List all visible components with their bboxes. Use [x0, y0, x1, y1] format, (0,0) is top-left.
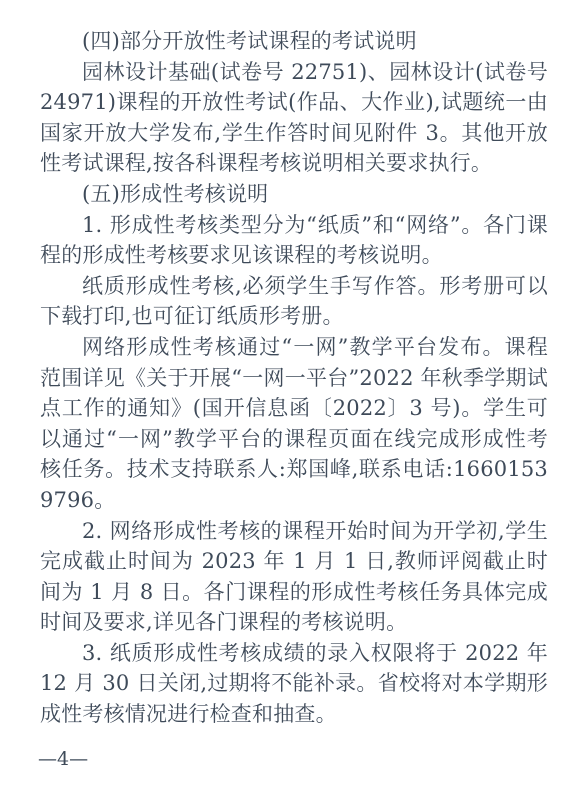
section-5-paragraph-5: 3. 纸质形成性考核成绩的录入权限将于 2022 年 12 月 30 日关闭,过… [40, 638, 548, 730]
section-5-heading: (五)形成性考核说明 [40, 179, 548, 210]
document-page: (四)部分开放性考试课程的考试说明 园林设计基础(试卷号 22751)、园林设计… [0, 0, 584, 796]
section-5-paragraph-3: 网络形成性考核通过“一网”教学平台发布。课程范围详见《关于开展“一网一平台”20… [40, 332, 548, 516]
section-4-heading: (四)部分开放性考试课程的考试说明 [40, 26, 548, 57]
section-5-paragraph-1: 1. 形成性考核类型分为“纸质”和“网络”。各门课程的形成性考核要求见该课程的考… [40, 210, 548, 271]
section-5-paragraph-2: 纸质形成性考核,必须学生手写作答。形考册可以下载打印,也可征订纸质形考册。 [40, 271, 548, 332]
document-body: (四)部分开放性考试课程的考试说明 园林设计基础(试卷号 22751)、园林设计… [40, 26, 548, 730]
page-number: —4— [38, 748, 88, 770]
section-4-paragraph: 园林设计基础(试卷号 22751)、园林设计(试卷号 24971)课程的开放性考… [40, 57, 548, 179]
section-5-paragraph-4: 2. 网络形成性考核的课程开始时间为开学初,学生完成截止时间为 2023 年 1… [40, 516, 548, 638]
